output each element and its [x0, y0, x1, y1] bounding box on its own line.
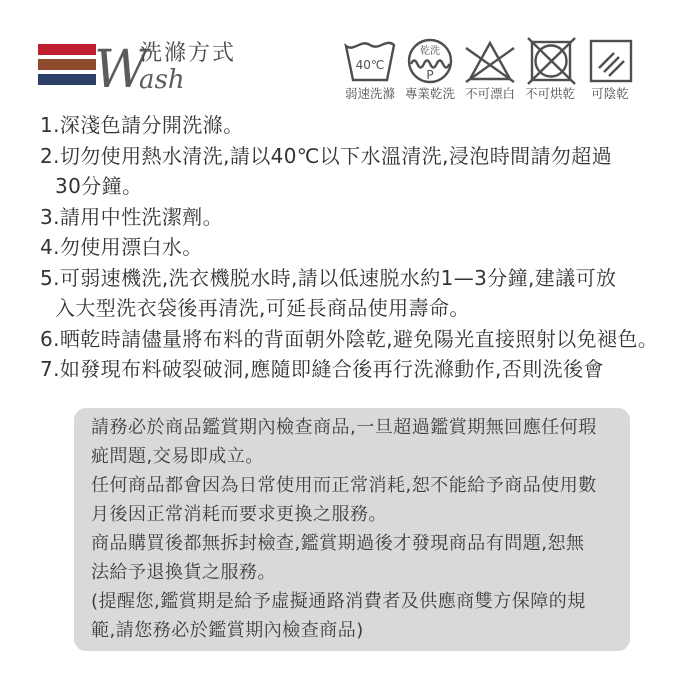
care-icon-cell: 不可漂白	[460, 37, 520, 101]
instruction-line: 30分鐘。	[40, 171, 685, 202]
notice-line: 任何商品都會因為日常使用而正常消耗,恕不能給予商品使用數	[91, 471, 614, 500]
instruction-line: 3.請用中性洗潔劑。	[40, 202, 685, 233]
notice-line: 商品購買後都無拆封檢查,鑑賞期過後才發現商品有問題,恕無	[91, 529, 614, 558]
instruction-line: 1.深淺色請分開洗滌。	[40, 110, 685, 141]
stripe-red	[38, 44, 96, 55]
notice-line: 疵問題,交易即成立。	[91, 442, 614, 471]
stripe-brown	[38, 59, 96, 70]
instruction-line: 入大型洗衣袋後再清洗,可延長商品使用壽命。	[40, 293, 685, 324]
notice-line: 範,請您務必於鑑賞期內檢查商品)	[91, 616, 614, 645]
care-icon-cell: 乾洗P專業乾洗	[400, 37, 460, 101]
svg-text:乾洗: 乾洗	[420, 44, 440, 57]
care-icon-cell: 40℃弱速洗滌	[340, 37, 400, 101]
notice-line: 法給予退換貨之服務。	[91, 558, 614, 587]
shade-dry-icon	[584, 37, 636, 85]
stripe-navy	[38, 74, 96, 85]
page-title: 洗滌方式	[140, 41, 236, 67]
care-icon-label: 不可烘乾	[525, 88, 575, 101]
care-icons-row: 40℃弱速洗滌乾洗P專業乾洗不可漂白不可烘乾可陰乾	[340, 37, 640, 101]
no-bleach-icon	[464, 37, 516, 85]
care-icon-label: 弱速洗滌	[345, 88, 395, 101]
machine-wash-40-icon: 40℃	[344, 37, 396, 85]
wash-instructions-list: 1.深淺色請分開洗滌。2.切勿使用熱水清洗,請以40℃以下水溫清洗,浸泡時間請勿…	[40, 110, 685, 385]
dry-clean-p-icon: 乾洗P	[404, 37, 456, 85]
care-icon-label: 專業乾洗	[405, 88, 455, 101]
notice-line: 月後因正常消耗而要求更換之服務。	[91, 500, 614, 529]
notice-box: 請務必於商品鑑賞期內檢查商品,一旦超過鑑賞期無回應任何瑕疵問題,交易即成立。任何…	[74, 408, 630, 651]
notice-line: (提醒您,鑑賞期是給予虛擬通路消費者及供應商雙方保障的規	[91, 587, 614, 616]
care-icon-cell: 可陰乾	[580, 37, 640, 101]
notice-line: 請務必於商品鑑賞期內檢查商品,一旦超過鑑賞期無回應任何瑕	[91, 413, 614, 442]
care-icon-label: 可陰乾	[591, 88, 629, 101]
instruction-line: 7.如發現布料破裂破洞,應隨即縫合後再行洗滌動作,否則洗後會	[40, 354, 685, 385]
care-icon-label: 不可漂白	[465, 88, 515, 101]
instruction-line: 5.可弱速機洗,洗衣機脱水時,請以低速脱水約1—3分鐘,建議可放	[40, 263, 685, 294]
no-tumble-dry-icon	[524, 37, 576, 85]
svg-text:40℃: 40℃	[356, 58, 385, 72]
svg-text:P: P	[426, 68, 433, 82]
wash-logo-rest: ash	[139, 67, 185, 93]
care-icon-cell: 不可烘乾	[520, 37, 580, 101]
instruction-line: 6.晒乾時請儘量將布料的背面朝外陰乾,避免陽光直接照射以免褪色。	[40, 324, 685, 355]
care-instructions-page: W ash 洗滌方式 40℃弱速洗滌乾洗P專業乾洗不可漂白不可烘乾可陰乾 1.深…	[0, 0, 700, 700]
instruction-line: 2.切勿使用熱水清洗,請以40℃以下水溫清洗,浸泡時間請勿超過	[40, 141, 685, 172]
brand-stripes-logo	[38, 44, 96, 89]
instruction-line: 4.勿使用漂白水。	[40, 232, 685, 263]
